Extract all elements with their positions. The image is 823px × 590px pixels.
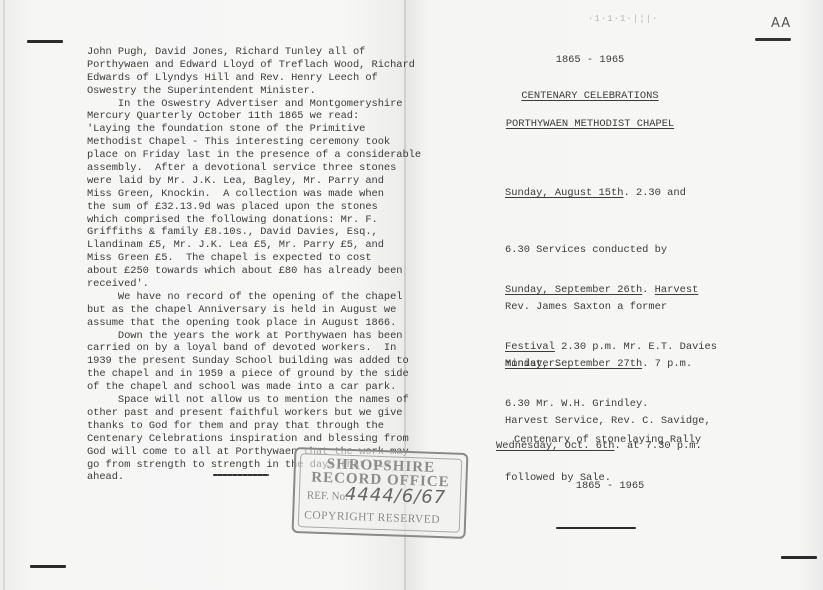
event-4-description: Centenary of stonelaying Rally: [514, 431, 701, 450]
event-3-date: Monday, September 27th: [505, 358, 642, 370]
body-line: Centenary Celebrations inspiration and b…: [87, 433, 407, 446]
body-line: Space will not allow us to mention the n…: [87, 394, 407, 407]
left-page-body-text: John Pugh, David Jones, Richard Tunley a…: [87, 46, 407, 484]
body-line: place on Friday last in the presence of …: [87, 149, 407, 162]
body-line: 1939 the present Sunday School building …: [87, 355, 407, 368]
event-1-date: Sunday, August 15th: [505, 187, 623, 199]
body-line: Oswestry the Superintendent Minister.: [87, 85, 407, 98]
body-line: about £250 towards which about £80 has a…: [87, 265, 407, 278]
body-line: the chapel and in 1959 a piece of ground…: [87, 368, 407, 381]
paper-edge: [3, 0, 5, 590]
corner-mark-underline: [755, 38, 791, 41]
event-2-title: Harvest: [655, 284, 699, 296]
body-line: Methodist Chapel - This interesting cere…: [87, 136, 407, 149]
body-line: assembly. After a devotional service thr…: [87, 162, 407, 175]
body-line: Miss Green £5. The chapel is expected to…: [87, 252, 407, 265]
record-office-stamp: SHROPSHIRE RECORD OFFICE REF. No. 4444/6…: [292, 447, 469, 539]
faint-reference-mark: ·1·1·1·|¦|·: [588, 14, 658, 24]
body-line: In the Oswestry Advertiser and Montgomer…: [87, 98, 407, 111]
body-line: but as the chapel Anniversary is held in…: [87, 304, 407, 317]
body-line: the sum of £32.13.9d was placed upon the…: [87, 201, 407, 214]
event-2-date: Sunday, September 26th: [505, 284, 642, 296]
body-line: were laid by Mr. J.K. Lea, Bagley, Mr. P…: [87, 175, 407, 188]
stamp-ref-label: REF. No.: [307, 489, 348, 502]
right-section-dash: [556, 527, 636, 529]
body-line: assume that the opening took place in Au…: [87, 317, 407, 330]
body-line: Miss Green, Knockin. A collection was ma…: [87, 188, 407, 201]
body-line: Edwards of Llyndys Hill and Rev. Henry L…: [87, 72, 407, 85]
left-top-dash: [27, 40, 63, 43]
body-line: of the chapel and school was made into a…: [87, 381, 407, 394]
body-line: Griffiths & family £8.10s., David Davies…: [87, 226, 407, 239]
stamp-line-4: COPYRIGHT RESERVED: [304, 509, 440, 526]
dates-top: 1865 - 1965: [540, 54, 640, 66]
body-line: Down the years the work at Porthywaen ha…: [87, 330, 407, 343]
body-line: 'Laying the foundation stone of the Prim…: [87, 123, 407, 136]
dates-bottom: 1865 - 1965: [560, 480, 660, 492]
body-line: carried on by a loyal band of devoted wo…: [87, 342, 407, 355]
heading-chapel: PORTHYWAEN METHODIST CHAPEL: [500, 118, 680, 130]
body-line: received'.: [87, 278, 407, 291]
body-line: We have no record of the opening of the …: [87, 291, 407, 304]
body-line: other past and present faithful workers …: [87, 407, 407, 420]
body-line: Mercury Quarterly October 11th 1865 we r…: [87, 110, 407, 123]
body-line: John Pugh, David Jones, Richard Tunley a…: [87, 46, 407, 59]
body-line: Llandinam £5, Mr. J.K. Lea £5, Mr. Parry…: [87, 239, 407, 252]
right-bottom-dash: [781, 556, 817, 559]
heading-centenary: CENTENARY CELEBRATIONS: [510, 90, 670, 102]
stamp-ref-value: 4444/6/67: [345, 484, 447, 509]
body-line: which comprised the following donations:…: [87, 214, 407, 227]
body-line: thanks to God for them and pray that thr…: [87, 420, 407, 433]
corner-mark: AA: [771, 16, 791, 31]
left-bottom-dash: [30, 565, 66, 568]
body-line: Porthywaen and Edward Lloyd of Treflach …: [87, 59, 407, 72]
